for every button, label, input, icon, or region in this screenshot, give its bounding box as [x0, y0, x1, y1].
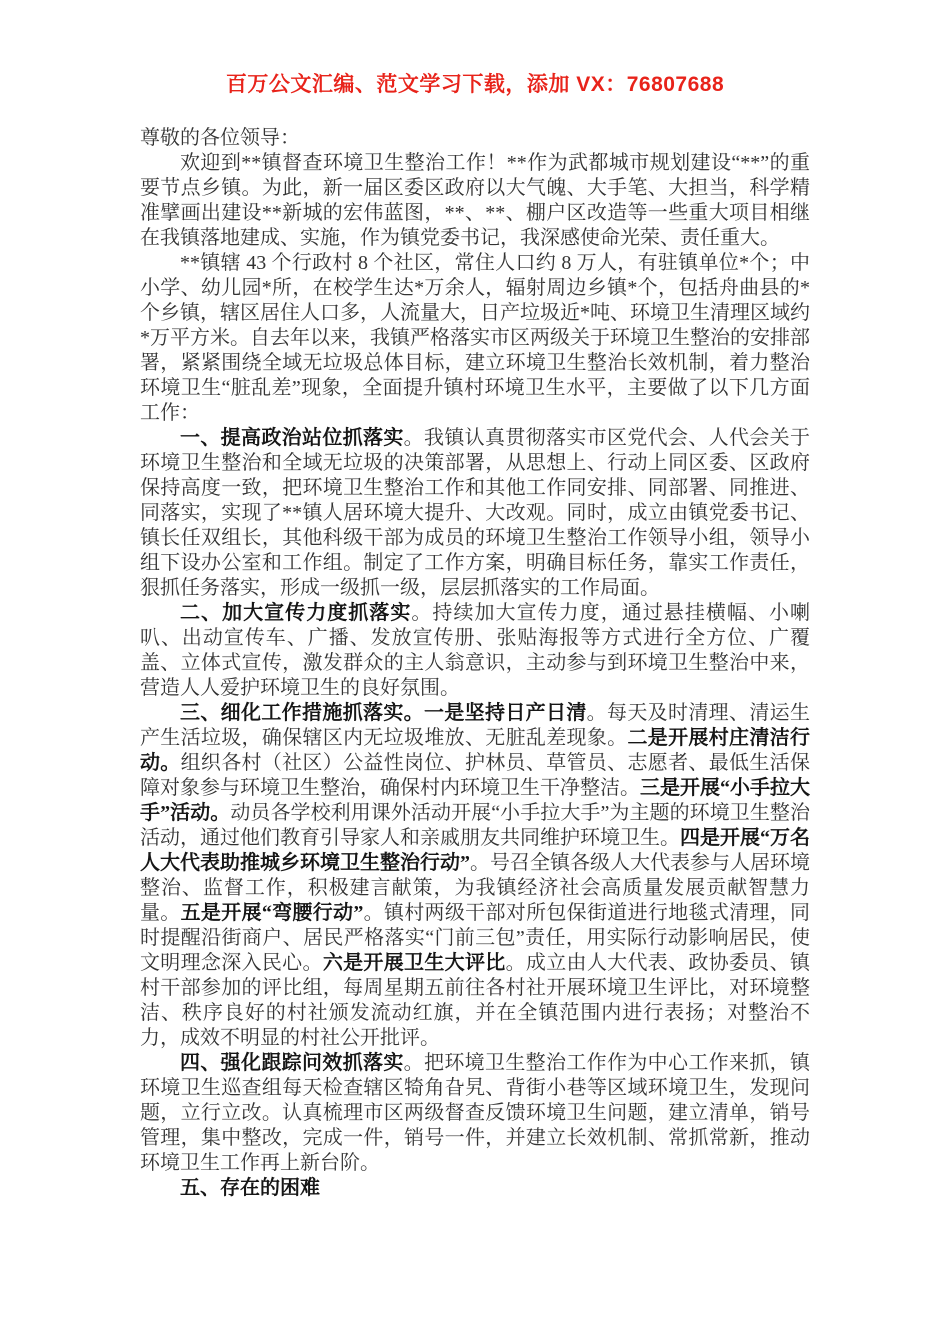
bold-text-segment: 五是开展“弯腰行动” — [181, 902, 364, 924]
text-segment: 尊敬的各位领导： — [140, 127, 300, 149]
document-page: 百万公文汇编、范文学习下载，添加 VX：76807688 尊敬的各位领导：欢迎到… — [0, 0, 950, 1344]
bold-text-segment: 六是开展卫生大评比 — [323, 952, 506, 974]
text-segment: **镇辖 43 个行政村 8 个社区，常住人口约 8 万人，有驻镇单位*个；中小… — [140, 252, 810, 424]
watermark-notice: 百万公文汇编、范文学习下载，添加 VX：76807688 — [0, 70, 950, 100]
paragraph: **镇辖 43 个行政村 8 个社区，常住人口约 8 万人，有驻镇单位*个；中小… — [140, 251, 810, 426]
bold-text-segment: 四、强化跟踪问效抓落实 — [180, 1052, 404, 1074]
bold-text-segment: 三、细化工作措施抓落实。一是坚持日产日清 — [180, 702, 587, 724]
document-body: 尊敬的各位领导：欢迎到**镇督查环境卫生整治工作！**作为武都城市规划建设“**… — [140, 126, 810, 1201]
bold-text-segment: 五、存在的困难 — [180, 1177, 320, 1199]
text-segment: 欢迎到**镇督查环境卫生整治工作！**作为武都城市规划建设“**”的重要节点乡镇… — [140, 152, 810, 249]
bold-text-segment: 二、加大宣传力度抓落实 — [180, 602, 411, 624]
paragraph: 尊敬的各位领导： — [140, 126, 810, 151]
paragraph: 欢迎到**镇督查环境卫生整治工作！**作为武都城市规划建设“**”的重要节点乡镇… — [140, 151, 810, 251]
paragraph: 一、提高政治站位抓落实。我镇认真贯彻落实市区党代会、人代会关于环境卫生整治和全域… — [140, 426, 810, 601]
paragraph: 五、存在的困难 — [140, 1176, 810, 1201]
paragraph: 三、细化工作措施抓落实。一是坚持日产日清。每天及时清理、清运生产生活垃圾，确保辖… — [140, 701, 810, 1051]
paragraph: 二、加大宣传力度抓落实。持续加大宣传力度，通过悬挂横幅、小喇叭、出动宣传车、广播… — [140, 601, 810, 701]
text-segment: 。我镇认真贯彻落实市区党代会、人代会关于环境卫生整治和全域无垃圾的决策部署，从思… — [140, 427, 810, 599]
paragraph: 四、强化跟踪问效抓落实。把环境卫生整治工作作为中心工作来抓，镇环境卫生巡查组每天… — [140, 1051, 810, 1176]
bold-text-segment: 一、提高政治站位抓落实 — [180, 427, 404, 449]
